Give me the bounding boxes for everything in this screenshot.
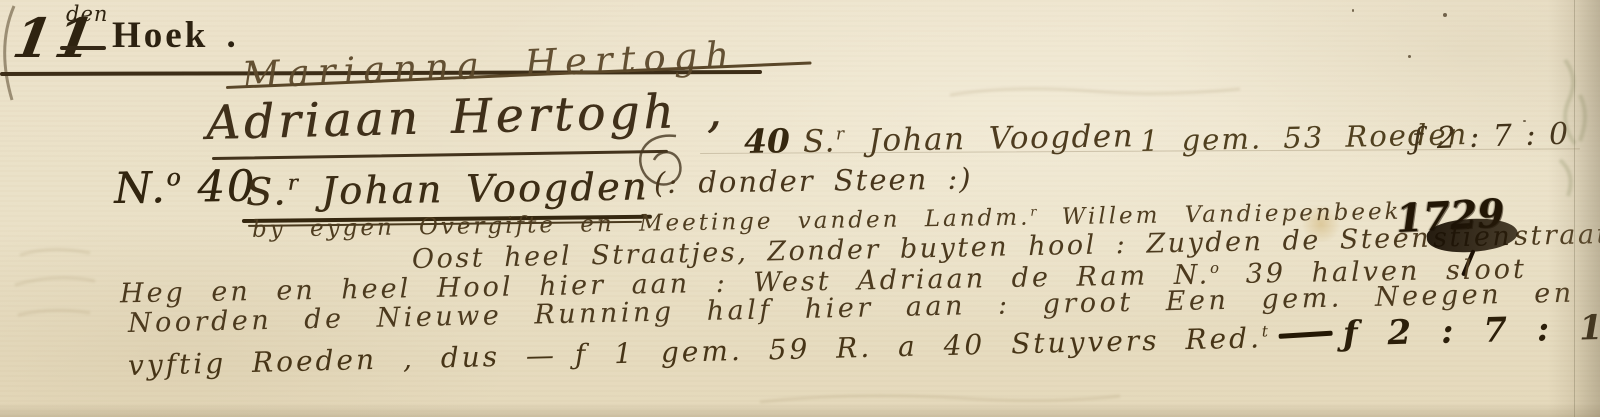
total-sup: t xyxy=(1261,322,1269,340)
entry-number-label: N. xyxy=(114,163,167,214)
ink-speck xyxy=(1443,13,1447,17)
summary-name: S.r Johan Voogden xyxy=(803,118,1135,160)
summary-number: 40 xyxy=(744,121,791,161)
facing-page-edge xyxy=(1548,0,1600,417)
holder-name: S.r Johan Voogden xyxy=(246,164,650,214)
crossed-word-ink-blot: stien xyxy=(1431,221,1515,254)
ink-speck xyxy=(1408,55,1411,58)
holder-note: (: donder Steen :) xyxy=(654,162,973,200)
register-page-scan: 11 den Hoek . Marianna Hertogh Adriaan H… xyxy=(0,0,1600,417)
suffix-dash-stroke xyxy=(60,46,106,50)
section-number-suffix: den xyxy=(66,2,108,26)
holder-honorific: S. xyxy=(246,169,288,214)
entry-number-sup: o xyxy=(166,163,182,191)
summary-amount: ƒ 2 : 7 : 0 xyxy=(1411,116,1570,157)
summary-name-text: Johan Voogden xyxy=(845,118,1135,159)
holder-name-text: Johan Voogden xyxy=(298,164,649,213)
heavy-dash-stroke xyxy=(1279,331,1333,339)
ink-speck xyxy=(1352,9,1354,12)
holder-honorific-sup: r xyxy=(287,171,298,195)
summary-honorific: S. xyxy=(803,123,837,160)
section-title: Hoek . xyxy=(112,14,239,57)
entry-number: N.o 40 xyxy=(114,162,257,214)
